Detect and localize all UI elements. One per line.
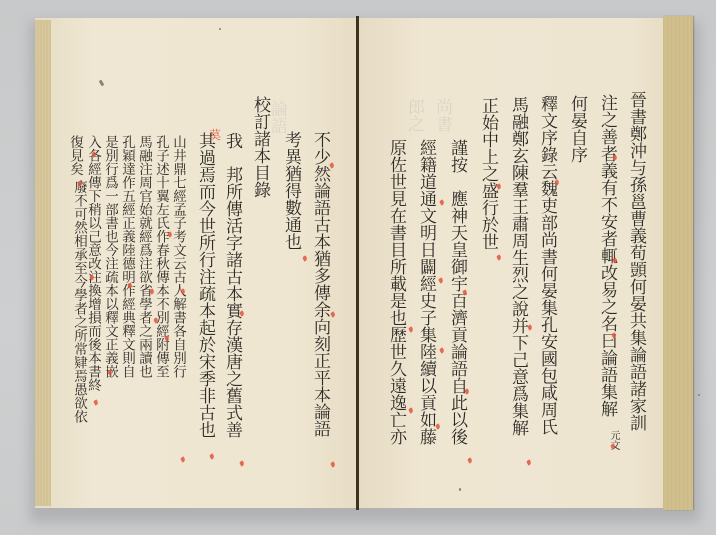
- left-small-col-6: 入各經傳下稍以己意改注換增損而後本書終: [86, 135, 100, 392]
- left-col-3-heading: 校訂諸本目錄: [251, 96, 268, 198]
- right-col-9: 原佐世見在書目所載是也歷世久遠逸亡亦: [387, 139, 404, 445]
- left-small-col-7: 廢不可然相承至今學者之所常肄焉愚欲依: [72, 180, 86, 423]
- show-through-text: 郎之: [405, 98, 422, 132]
- right-col-1: 晉書鄭沖与孫邕曹義荀顗何晏共集論語諸家訓: [627, 91, 644, 431]
- left-col-4: 我 邦所傳活字諸古本實存漢唐之舊式善: [223, 132, 240, 438]
- left-small-col-3: 馬融注周官始就經爲注欲省學者之兩讀也: [137, 135, 151, 378]
- right-col-6: 正始中上之盛行於世: [479, 97, 496, 250]
- left-col-5: 其過焉而今世所行注疏本起於宋季非古也: [196, 132, 213, 438]
- left-col-1: 不少然論語古本猶多傳余向刻正平本論語: [311, 131, 328, 437]
- right-col-5: 馬融鄭玄陳羣王肅周生烈之說并下己意爲集解: [509, 96, 526, 436]
- left-col-2: 考異猶得數通也: [282, 131, 299, 250]
- paper-speck: [459, 488, 461, 491]
- right-page-edge: [663, 16, 693, 510]
- left-small-col-1: 山井鼎七經孟子考文云古人解書各自別行: [171, 135, 185, 378]
- paper-speck: [219, 28, 221, 30]
- right-col-8: 經籍道通文明日闢經史子集陸續以貢如藤: [417, 139, 434, 445]
- show-through-text: 論語: [268, 100, 285, 134]
- left-small-col-5: 是別行爲一部書也今注疏本以釋文正義嵌: [103, 135, 117, 378]
- photo-stage: 郎之 尚書 論語 晉書鄭沖与孫邕曹義荀顗何晏共集論語諸家訓 注之善者義有不安者輒…: [0, 0, 716, 535]
- paper-speck: [698, 394, 700, 396]
- left-page-edge: [35, 20, 51, 506]
- right-col-3-heading: 何晏自序: [568, 95, 585, 163]
- right-col-4: 釋文序錄云魏吏部尚書何晏集孔安國包咸周氏: [538, 95, 555, 435]
- book-gutter: [356, 16, 359, 510]
- left-small-col-8: 復見矣: [68, 135, 82, 176]
- show-through-text: 尚書: [433, 98, 450, 132]
- right-col-2: 注之善者義有不安者輒改易之名曰論語集解: [598, 94, 615, 417]
- left-small-col-4: 孔穎達作五經正義陸德明作經典釋文則自: [120, 135, 134, 378]
- red-annotation: 莫: [209, 129, 221, 141]
